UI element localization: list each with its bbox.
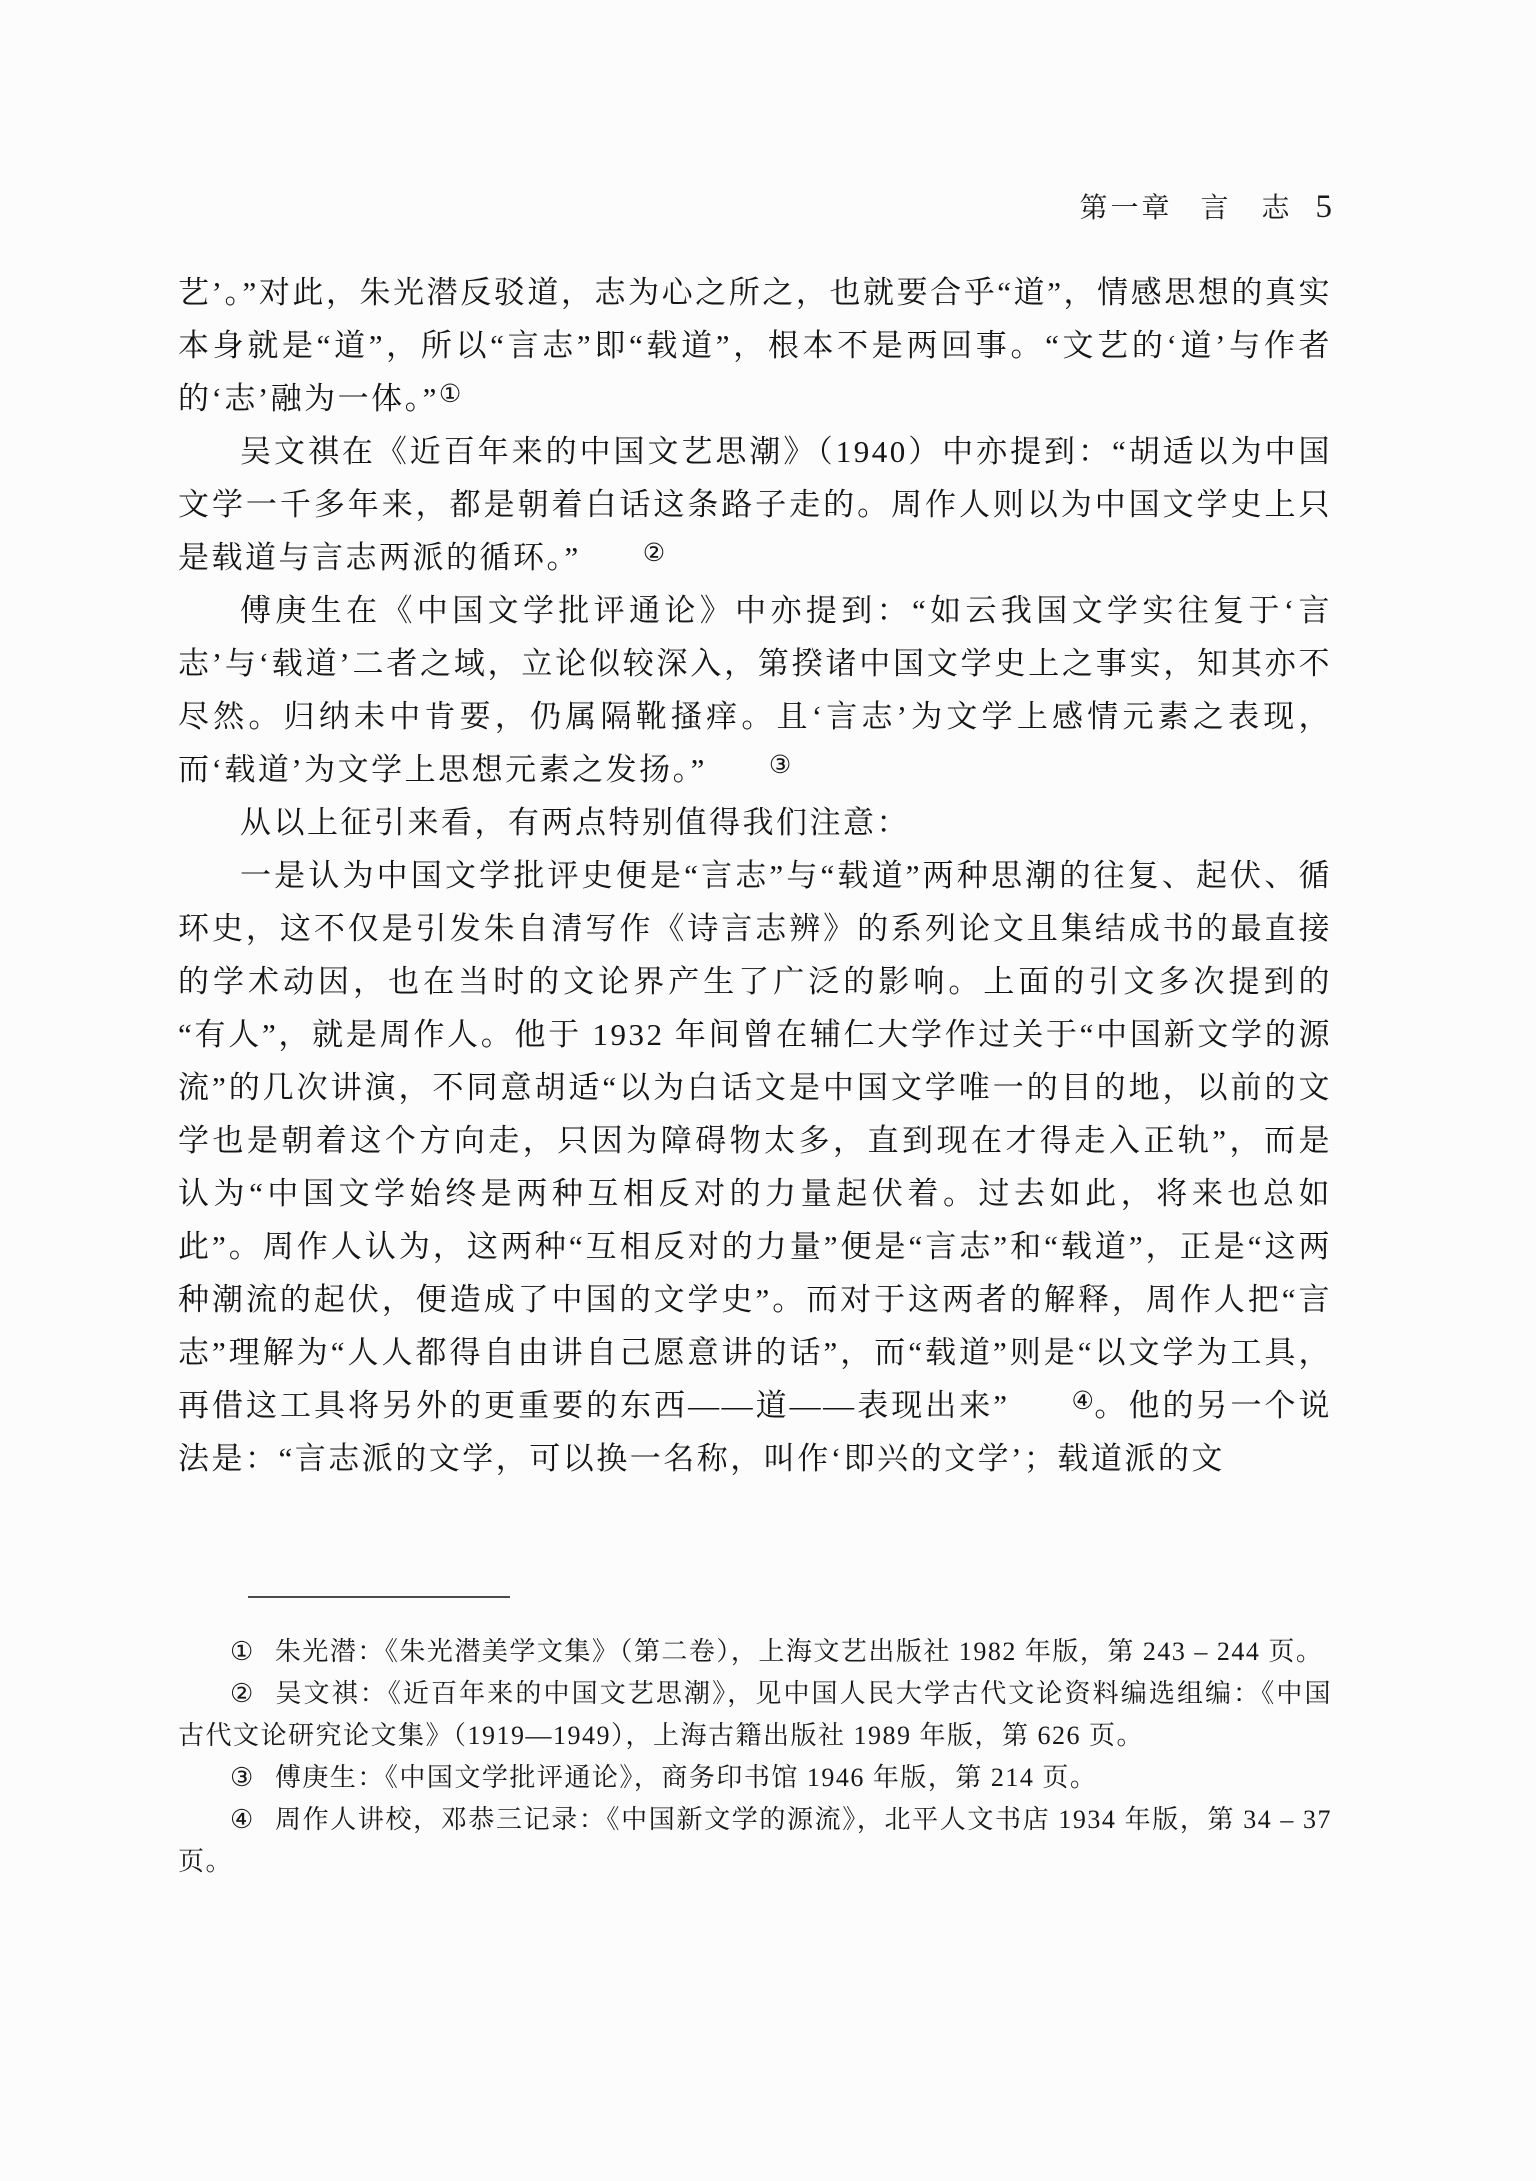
- paragraph-text: 傅庚生在《中国文学批评通论》中亦提到：“如云我国文学实往复于‘言志’与‘载道’二…: [178, 593, 1332, 787]
- footnote-text: 周作人讲校，邓恭三记录：《中国新文学的源流》，北平人文书店 1934 年版，第 …: [178, 1805, 1332, 1876]
- footnote-marker: ①: [230, 1637, 255, 1666]
- chapter-title-char-2: 志: [1261, 186, 1289, 226]
- chapter-title-char-1: 言: [1200, 186, 1228, 226]
- body-paragraphs: 艺’。”对此，朱光潜反驳道，志为心之所之，也就要合乎“道”，情感思想的真实本身就…: [178, 266, 1332, 1485]
- footnote-text: 傅庚生：《中国文学批评通论》，商务印书馆 1946 年版，第 214 页。: [275, 1763, 1098, 1792]
- footnote-item: ②吴文祺：《近百年来的中国文艺思潮》，见中国人民大学古代文论资料编选组编：《中国…: [178, 1673, 1332, 1757]
- paragraph-text: 一是认为中国文学批评史便是“言志”与“载道”两种思潮的往复、起伏、循环史，这不仅…: [178, 858, 1332, 1423]
- running-head: 第一章 言 志 5: [1079, 186, 1332, 226]
- book-page: 第一章 言 志 5 艺’。”对此，朱光潜反驳道，志为心之所之，也就要合乎“道”，…: [0, 0, 1536, 2181]
- chapter-label: 第一章: [1079, 186, 1172, 226]
- footnote-text: 朱光潜：《朱光潜美学文集》（第二卷），上海文艺出版社 1982 年版，第 243…: [275, 1637, 1324, 1666]
- paragraph-text: 艺’。”对此，朱光潜反驳道，志为心之所之，也就要合乎“道”，情感思想的真实本身就…: [178, 275, 1332, 416]
- body-paragraph: 艺’。”对此，朱光潜反驳道，志为心之所之，也就要合乎“道”，情感思想的真实本身就…: [178, 266, 1332, 425]
- body-paragraph: 傅庚生在《中国文学批评通论》中亦提到：“如云我国文学实往复于‘言志’与‘载道’二…: [178, 584, 1332, 796]
- footnote-marker: ②: [230, 1679, 255, 1708]
- footnotes: ①朱光潜：《朱光潜美学文集》（第二卷），上海文艺出版社 1982 年版，第 24…: [178, 1631, 1332, 1883]
- footnote-item: ①朱光潜：《朱光潜美学文集》（第二卷），上海文艺出版社 1982 年版，第 24…: [178, 1631, 1332, 1673]
- footnote-marker: ④: [230, 1805, 255, 1834]
- footnote-item: ④周作人讲校，邓恭三记录：《中国新文学的源流》，北平人文书店 1934 年版，第…: [178, 1799, 1332, 1883]
- body-paragraph: 吴文祺在《近百年来的中国文艺思潮》（1940）中亦提到：“胡适以为中国文学一千多…: [178, 425, 1332, 584]
- paragraph-text: 从以上征引来看，有两点特别值得我们注意：: [240, 805, 910, 840]
- footnote-text: 吴文祺：《近百年来的中国文艺思潮》，见中国人民大学古代文论资料编选组编：《中国古…: [178, 1679, 1332, 1750]
- body-paragraph: 从以上征引来看，有两点特别值得我们注意：: [178, 796, 1332, 849]
- body-paragraph: 一是认为中国文学批评史便是“言志”与“载道”两种思潮的往复、起伏、循环史，这不仅…: [178, 849, 1332, 1485]
- footnote-separator: [248, 1596, 510, 1598]
- page-number: 5: [1316, 189, 1333, 226]
- footnote-marker: ③: [230, 1763, 255, 1792]
- footnote-item: ③傅庚生：《中国文学批评通论》，商务印书馆 1946 年版，第 214 页。: [178, 1757, 1332, 1799]
- paragraph-text: 吴文祺在《近百年来的中国文艺思潮》（1940）中亦提到：“胡适以为中国文学一千多…: [178, 434, 1332, 575]
